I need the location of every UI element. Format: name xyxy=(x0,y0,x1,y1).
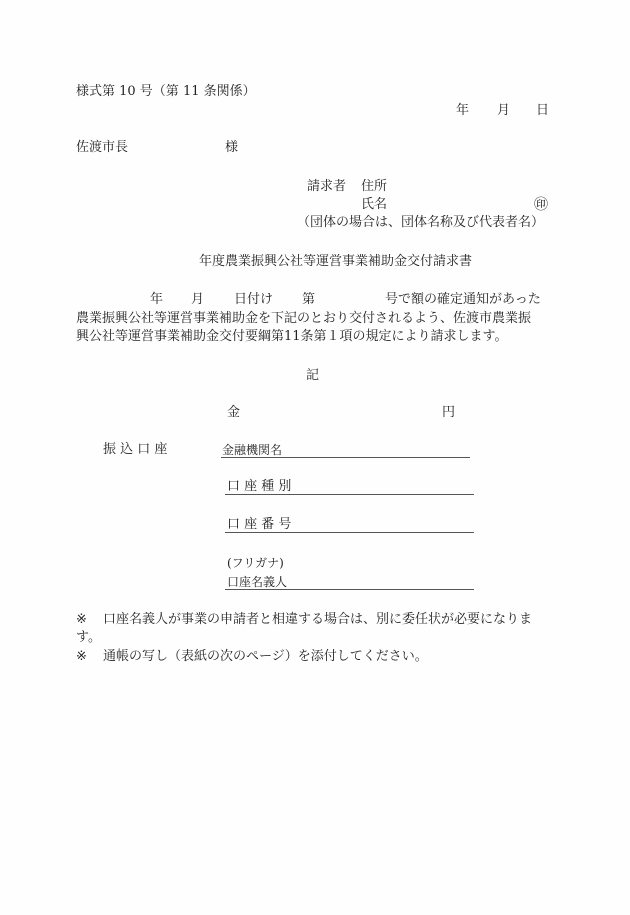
body-year: 年 xyxy=(150,292,163,308)
applicant-label: 請求者 xyxy=(307,179,346,195)
seal-icon: ㊞ xyxy=(534,197,548,213)
amount-suffix: 円 xyxy=(442,405,455,421)
account-type-field[interactable] xyxy=(225,494,474,495)
amount-prefix: 金 xyxy=(227,405,240,421)
date-year: 年 xyxy=(456,103,469,119)
body-number-prefix: 第 xyxy=(302,292,315,308)
applicant-name-label: 氏名 xyxy=(361,197,387,213)
addressee-name: 佐渡市長 xyxy=(76,140,128,156)
applicant-note: （団体の場合は、団体名称及び代表者名） xyxy=(297,215,544,231)
body-line2: 農業振興公社等運営事業補助金を下記のとおり交付されるよう、佐渡市農業振 xyxy=(76,311,531,327)
account-type-label: 口 座 種 別 xyxy=(227,479,291,495)
bank-name-field[interactable] xyxy=(221,457,470,458)
date-day: 日 xyxy=(536,103,549,119)
furigana-label: (フリガナ) xyxy=(227,555,284,571)
body-line3: 興公社等運営事業補助金交付要綱第11条第１項の規定により請求します。 xyxy=(76,329,508,345)
ki-heading: 記 xyxy=(306,368,319,384)
note-1-line2: す。 xyxy=(76,630,101,646)
bank-name-label: 金融機関名 xyxy=(222,442,282,458)
date-month: 月 xyxy=(497,103,510,119)
note-2-mark: ※ xyxy=(76,649,87,665)
account-number-label: 口 座 番 号 xyxy=(227,517,291,533)
account-holder-label: 口座名義人 xyxy=(227,574,287,590)
note-1-mark: ※ xyxy=(76,612,87,628)
addressee-honorific: 様 xyxy=(225,140,238,156)
body-dated: 日付け xyxy=(234,292,273,308)
bank-label: 振 込 口 座 xyxy=(103,442,167,458)
note-1-line1: 口座名義人が事業の申請者と相違する場合は、別に委任状が必要になりま xyxy=(103,612,532,628)
document-title: 年度農業振興公社等運営事業補助金交付請求書 xyxy=(199,254,472,270)
form-number: 様式第 10 号（第 11 条関係） xyxy=(76,84,256,100)
body-month: 月 xyxy=(191,292,204,308)
applicant-address-label: 住所 xyxy=(361,179,387,195)
account-number-field[interactable] xyxy=(225,532,474,533)
body-line1-rest: 号で額の確定通知があった xyxy=(385,292,541,308)
note-2-line1: 通帳の写し（表紙の次のページ）を添付してください。 xyxy=(103,649,428,665)
account-holder-field[interactable] xyxy=(225,589,474,590)
